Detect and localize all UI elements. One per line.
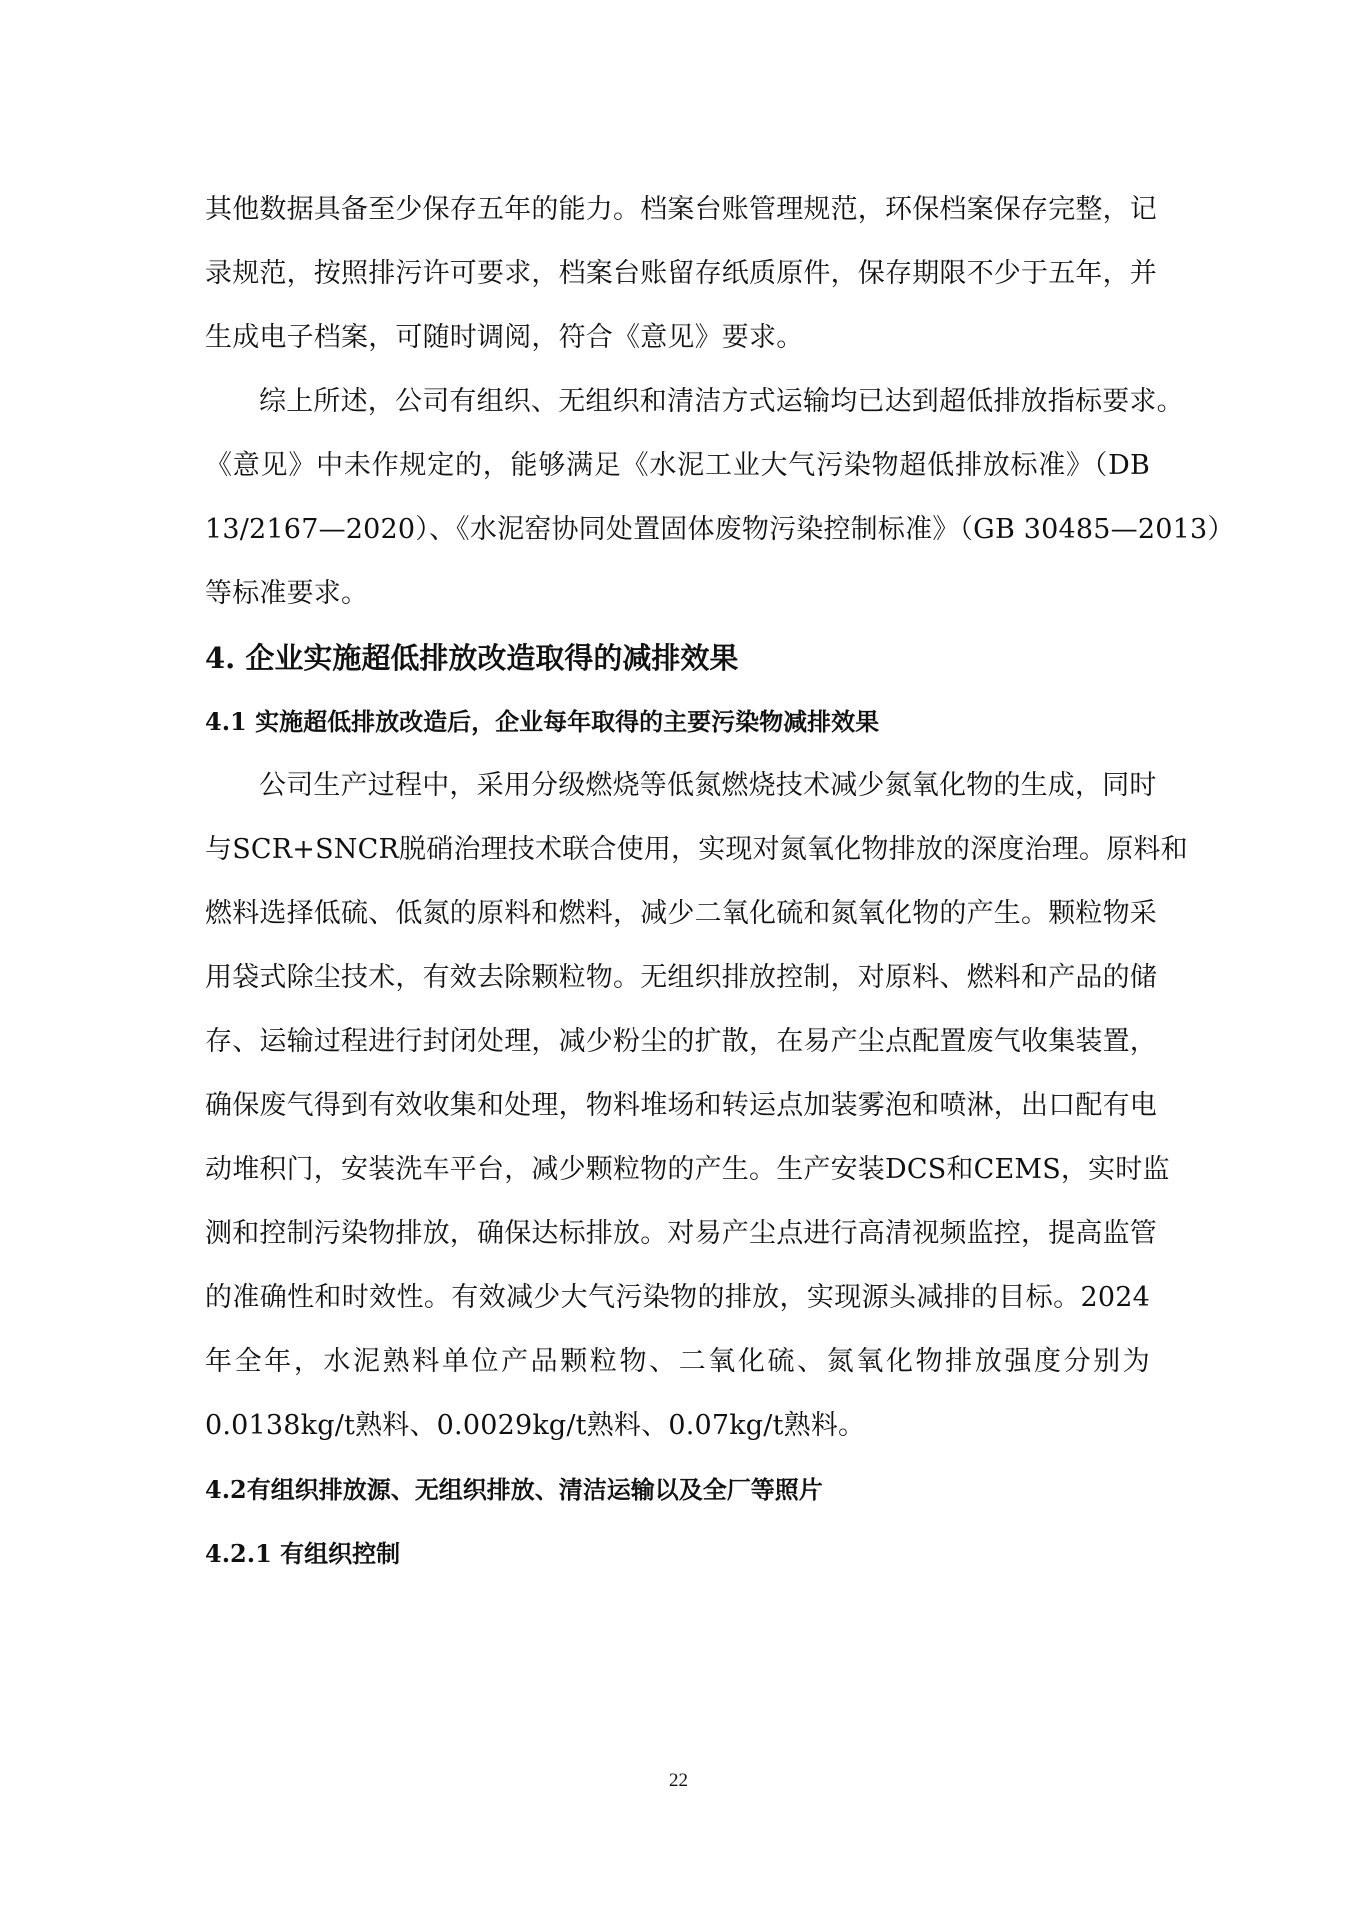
page-content: 其他数据具备至少保存五年的能力。档案台账管理规范，环保档案保存完整，记 录规范，… (205, 178, 1150, 1586)
document-page: 其他数据具备至少保存五年的能力。档案台账管理规范，环保档案保存完整，记 录规范，… (0, 0, 1357, 1920)
text-line: 公司生产过程中，采用分级燃烧等低氮燃烧技术减少氮氧化物的生成，同时 (205, 754, 1150, 818)
page-number: 22 (0, 1770, 1357, 1792)
text-line: 存、运输过程进行封闭处理，减少粉尘的扩散，在易产尘点配置废气收集装置， (205, 1010, 1150, 1074)
text-line: 其他数据具备至少保存五年的能力。档案台账管理规范，环保档案保存完整，记 (205, 178, 1150, 242)
text-line: 年全年，水泥熟料单位产品颗粒物、二氧化硫、氮氧化物排放强度分别为 (205, 1330, 1150, 1394)
text-line: 确保废气得到有效收集和处理，物料堆场和转运点加装雾泡和喷淋，出口配有电 (205, 1074, 1150, 1138)
text-line: 生成电子档案，可随时调阅，符合《意见》要求。 (205, 306, 1150, 370)
paragraph-emission-reduction: 公司生产过程中，采用分级燃烧等低氮燃烧技术减少氮氧化物的生成，同时 与SCR+S… (205, 754, 1150, 1458)
section-4-2-heading: 4.2有组织排放源、无组织排放、清洁运输以及全厂等照片 (205, 1458, 1150, 1522)
text-line: 动堆积门，安装洗车平台，减少颗粒物的产生。生产安装DCS和CEMS，实时监 (205, 1138, 1150, 1202)
text-line: 等标准要求。 (205, 562, 1150, 626)
text-line: 《意见》中未作规定的，能够满足《水泥工业大气污染物超低排放标准》（DB (205, 434, 1150, 498)
text-line: 0.0138kg/t熟料、0.0029kg/t熟料、0.07kg/t熟料。 (205, 1394, 1150, 1458)
text-line: 的准确性和时效性。有效减少大气污染物的排放，实现源头减排的目标。2024 (205, 1266, 1150, 1330)
section-4-2-1-heading: 4.2.1 有组织控制 (205, 1522, 1150, 1586)
text-line: 13/2167—2020）、《水泥窑协同处置固体废物污染控制标准》（GB 304… (205, 498, 1150, 562)
text-line: 与SCR+SNCR脱硝治理技术联合使用，实现对氮氧化物排放的深度治理。原料和 (205, 818, 1150, 882)
section-4-heading: 4. 企业实施超低排放改造取得的减排效果 (205, 626, 1150, 690)
text-line: 综上所述，公司有组织、无组织和清洁方式运输均已达到超低排放指标要求。 (205, 370, 1150, 434)
text-line: 测和控制污染物排放，确保达标排放。对易产尘点进行高清视频监控，提高监管 (205, 1202, 1150, 1266)
paragraph-archive-management: 其他数据具备至少保存五年的能力。档案台账管理规范，环保档案保存完整，记 录规范，… (205, 178, 1150, 370)
text-line: 用袋式除尘技术，有效去除颗粒物。无组织排放控制，对原料、燃料和产品的储 (205, 946, 1150, 1010)
text-line: 燃料选择低硫、低氮的原料和燃料，减少二氧化硫和氮氧化物的产生。颗粒物采 (205, 882, 1150, 946)
section-4-1-heading: 4.1 实施超低排放改造后，企业每年取得的主要污染物减排效果 (205, 690, 1150, 754)
text-line: 录规范，按照排污许可要求，档案台账留存纸质原件，保存期限不少于五年，并 (205, 242, 1150, 306)
paragraph-summary: 综上所述，公司有组织、无组织和清洁方式运输均已达到超低排放指标要求。 《意见》中… (205, 370, 1150, 626)
